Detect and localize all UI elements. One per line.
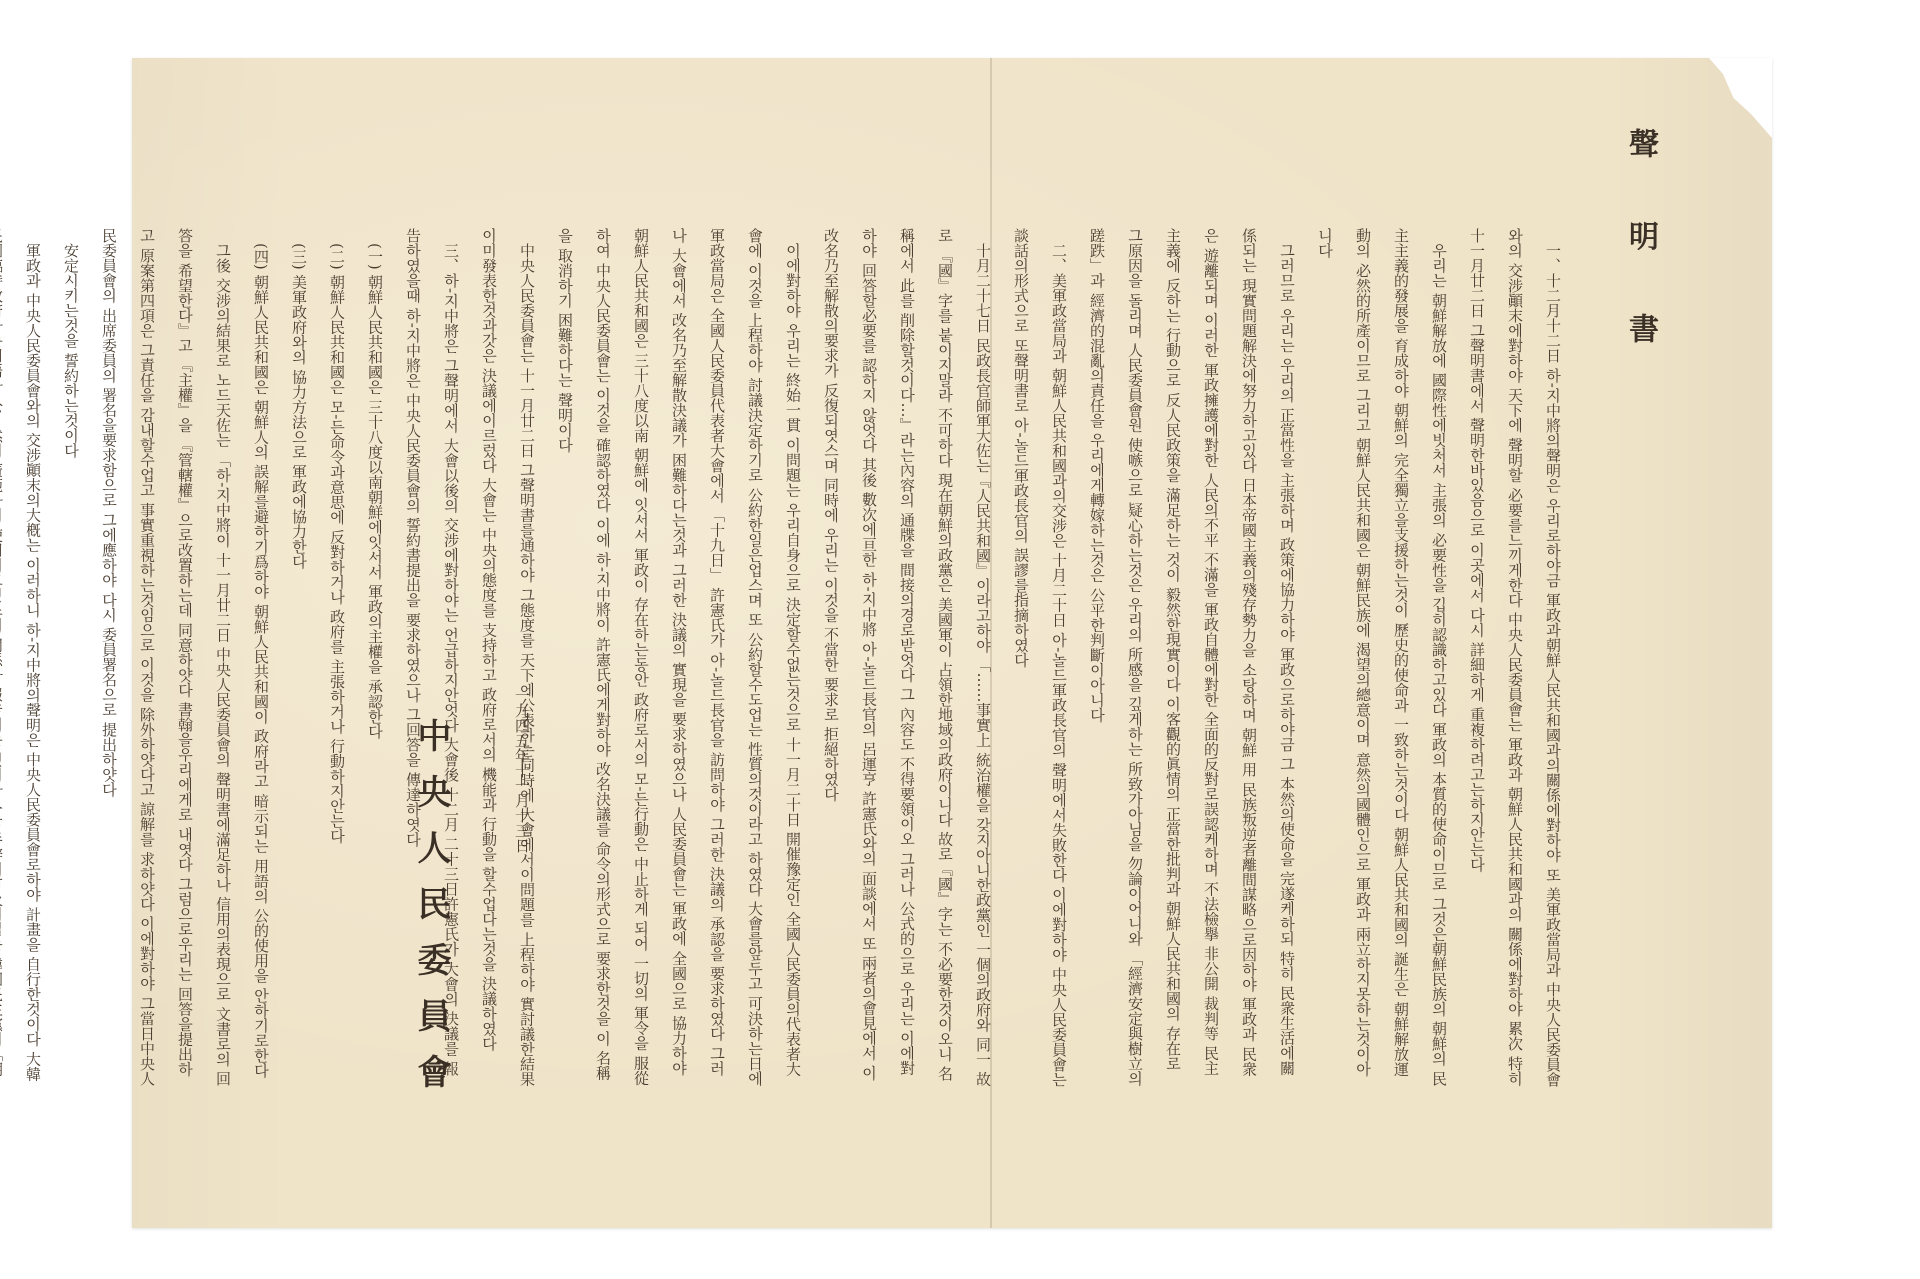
section-two-3: 이에對하야 우리는 終始一貫 이問題는 우리自身으로 決定할수없는것으로 十一月… [546, 228, 812, 1088]
paragraph-1: 一、十二月十二日 하-지中將의聲明은 우리로하야금 軍政과朝鮮人民共和國과의關係… [1458, 228, 1572, 1088]
condition-1: (一) 朝鮮人民共和國은 三十八度以南朝鮮에잇서서 軍政의主權을 承認한다 [356, 228, 394, 1088]
document-title: 聲 明 書 [1618, 128, 1662, 369]
torn-corner [1702, 58, 1772, 138]
section-two-1: 二、美軍政當局과 朝鮮人民共和國과의交涉은 十月二十日 아-놀드軍政長官의 聲明… [1002, 228, 1078, 1088]
section-four-1: 그後 交涉의結果로 노드天佐는 「하-지中將이 十一月廿二日 中央人民委員會의 … [90, 228, 242, 1088]
paragraph-2: 우리는 朝鮮解放에 國際性에빗처서 主張의 必要性을 깁히認識하고있다 軍政의 … [1306, 228, 1458, 1088]
section-two-2: 十月二十七日 民政長官師軍大佐는『人民共和國』이라고하야 「……事實上 統治權을… [812, 228, 1002, 1088]
paragraph-3: 그러므로 우리는 우리의 正當性을 主張하며 政策에協力하야 軍政으로하야금 그… [1078, 228, 1306, 1088]
document-body: 一、十二月十二日 하-지中將의聲明은 우리로하야금 軍政과朝鮮人民共和國과의關係… [0, 228, 1572, 1088]
section-three-1: 中央人民委員會는 十一月廿二日 그聲明書를通하야 그態度를 天下에公表하는同時에… [470, 228, 546, 1088]
section-four-2: 安定시키는것을 誓約하는것이다 [52, 228, 90, 1088]
condition-4: (四) 朝鮮人民共和國은 朝鮮人의 誤解를避하기爲하야 朝鮮人民共和國이 政府라… [242, 228, 280, 1088]
condition-2: (二) 朝鮮人民共和國은 모-든命令과意思에 反對하거나 政府를 主張하거나 行… [318, 228, 356, 1088]
signature: 中央人民委員會 [407, 718, 456, 1110]
condition-3: (三) 美軍政府와의 協力方法으로 軍政에協力한다 [280, 228, 318, 1088]
document-date: 一九四五年十一月十三日 [512, 688, 533, 853]
section-four-3: 軍政과 中央人民委員會와의 交涉顚末의大槪는 이러하니 하-지中將의聲明은 中央… [0, 228, 52, 1088]
document-sheet: 聲 明 書 一、十二月十二日 하-지中將의聲明은 우리로하야금 軍政과朝鮮人民共… [132, 58, 1772, 1228]
